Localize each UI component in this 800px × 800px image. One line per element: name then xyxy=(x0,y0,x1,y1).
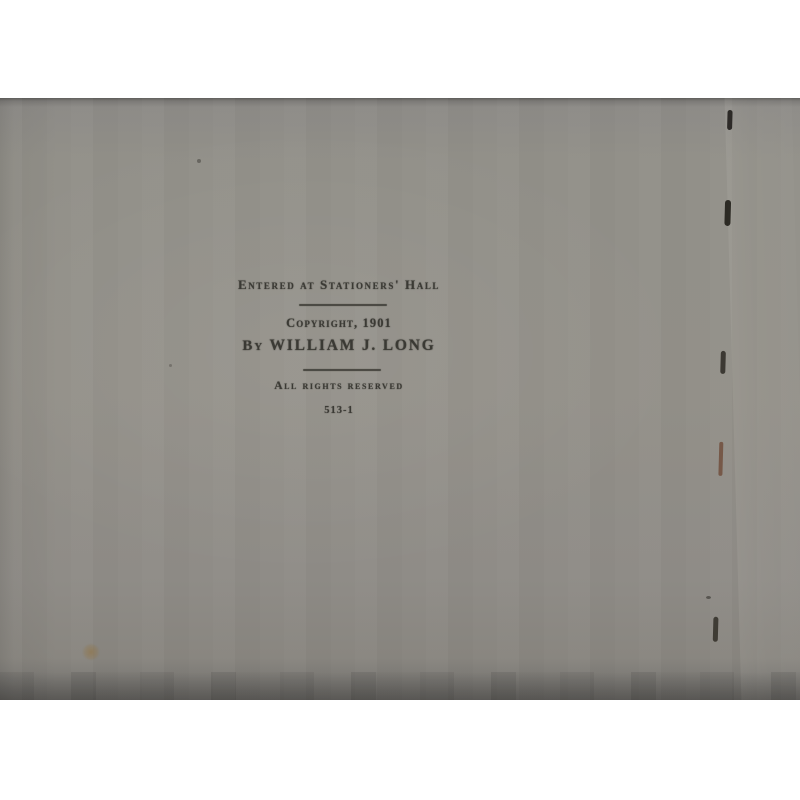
page-bottom-edge-shadow xyxy=(0,672,800,700)
binding-stitch xyxy=(724,200,731,226)
paper-speck xyxy=(169,364,172,367)
book-page-photo: Entered at Stationers' Hall Copyright, 1… xyxy=(0,98,800,700)
paper-speck xyxy=(706,596,711,599)
author-line: By WILLIAM J. LONG xyxy=(189,337,489,355)
paper-speck xyxy=(197,159,201,163)
author-name: WILLIAM J. LONG xyxy=(270,337,436,354)
binding-stitch xyxy=(727,110,733,130)
all-rights-reserved-line: All rights reserved xyxy=(189,380,489,392)
printer-code: 513-1 xyxy=(189,405,489,416)
entered-at-stationers-hall-line: Entered at Stationers' Hall xyxy=(189,277,489,293)
binding-stitch xyxy=(713,617,719,642)
by-prefix: By xyxy=(242,338,269,354)
binding-stitch xyxy=(720,351,726,374)
divider-rule-bottom xyxy=(303,369,381,371)
foxing-stain xyxy=(82,644,100,660)
binding-thread xyxy=(718,442,723,476)
gutter-page-edge xyxy=(725,98,800,700)
divider-rule-top xyxy=(299,304,387,306)
book-gutter-seam xyxy=(712,98,731,700)
copyright-year-line: Copyright, 1901 xyxy=(189,316,489,331)
letterboxed-scene: Entered at Stationers' Hall Copyright, 1… xyxy=(0,0,800,800)
